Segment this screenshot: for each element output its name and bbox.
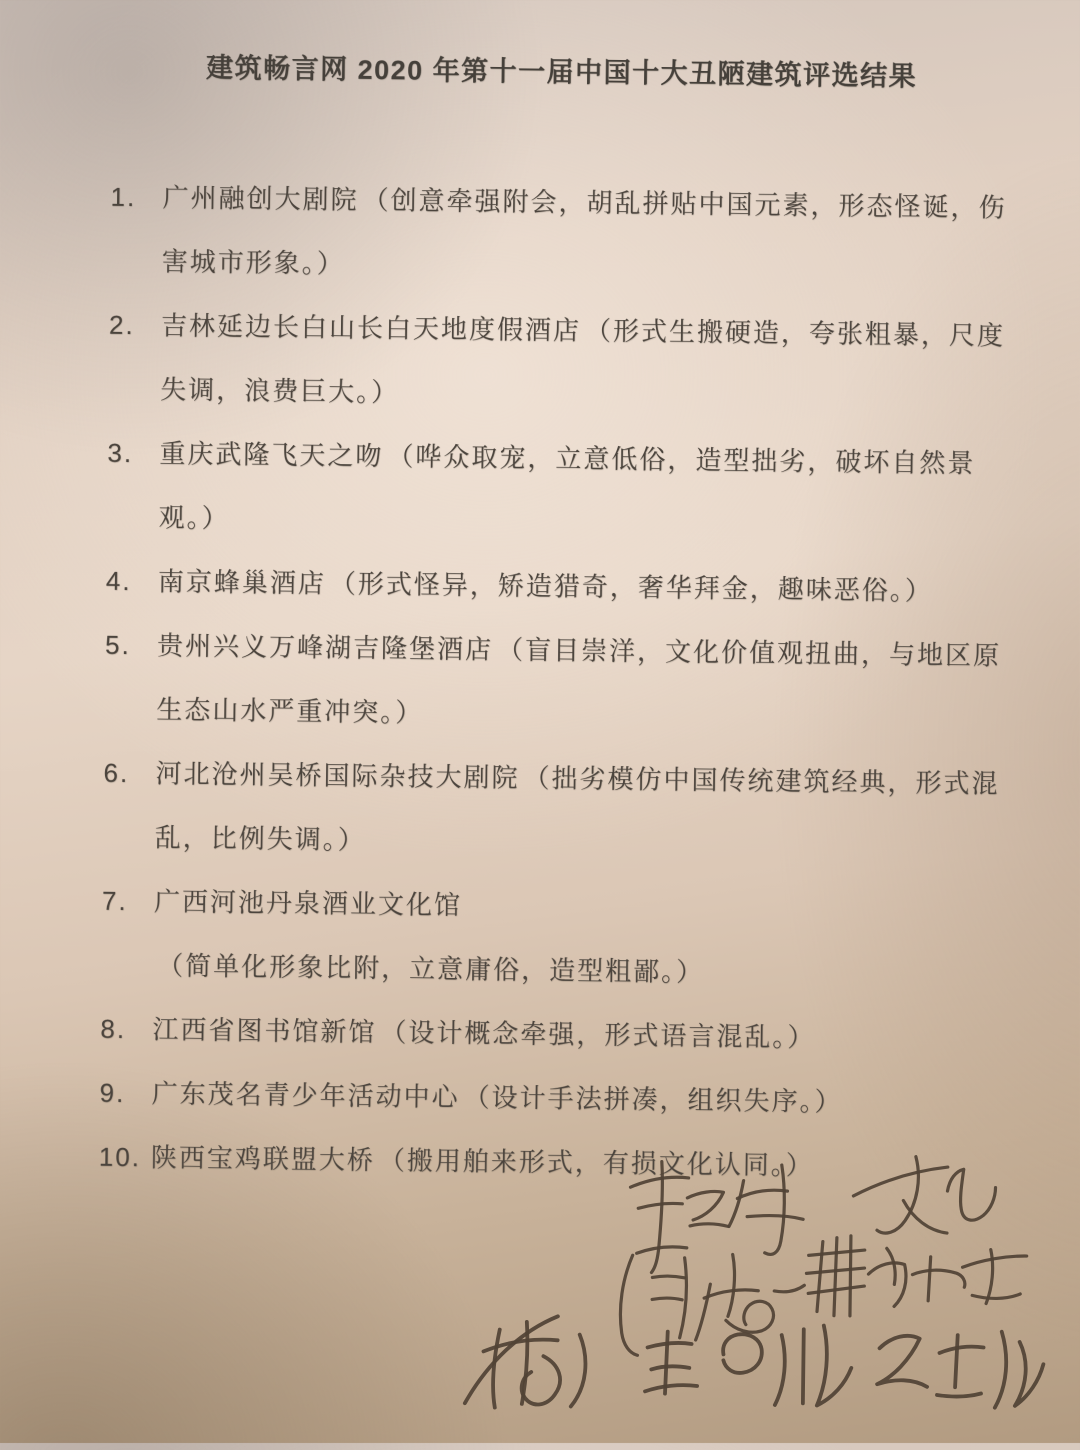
item-number: 9.: [99, 1061, 152, 1126]
item-critique: （设计手法拼凑，组织失序。）: [463, 1082, 842, 1117]
item-number: 1.: [110, 165, 163, 230]
building-name: 广州融创大剧院: [162, 182, 358, 214]
item-number: 5.: [105, 613, 158, 678]
building-name: 河北沧州吴桥国际杂技大剧院: [155, 758, 519, 792]
building-name: 江西省图书馆新馆: [152, 1014, 376, 1047]
item-number: 10.: [98, 1125, 151, 1190]
list-item: 8. 江西省图书馆新馆（设计概念牵强，形式语言混乱。）: [100, 997, 1008, 1072]
item-number: 3.: [107, 421, 160, 486]
signature-6: [645, 1323, 852, 1406]
building-name: 重庆武隆飞天之吻: [159, 438, 383, 471]
building-name: 广西河池丹泉酒业文化馆: [154, 886, 462, 920]
list-item: 6. 河北沧州吴桥国际杂技大剧院（拙劣模仿中国传统建筑经典，形式混乱，比例失调。…: [102, 741, 1010, 880]
list-item: 5. 贵州兴义万峰湖吉隆堡酒店（盲目崇洋，文化价值观扭曲，与地区原生态山水严重冲…: [104, 613, 1012, 752]
list-item: 4. 南京蜂巢酒店（形式怪异，矫造猎奇，奢华拜金，趣味恶俗。）: [105, 549, 1013, 624]
list-item: 2. 吉林延边长白山长白天地度假酒店（形式生搬硬造，夸张粗暴，尺度失调，浪费巨大…: [108, 293, 1016, 432]
list-item: 10. 陕西宝鸡联盟大桥（搬用舶来形式，有损文化认同。）: [98, 1125, 1006, 1200]
building-name: 南京蜂巢酒店: [158, 566, 326, 598]
item-number: 8.: [100, 997, 153, 1062]
building-name: 吉林延边长白山长白天地度假酒店: [161, 310, 581, 345]
list-item: 7. 广西河池丹泉酒业文化馆（简单化形象比附，立意庸俗，造型粗鄙。）: [101, 869, 1009, 1008]
item-number: 2.: [109, 293, 162, 358]
printed-text-block: 建筑畅言网 2020 年第十一届中国十大丑陋建筑评选结果 1. 广州融创大剧院（…: [90, 0, 1020, 1200]
item-number: 4.: [105, 549, 158, 614]
building-name: 贵州兴义万峰湖吉隆堡酒店: [157, 630, 493, 664]
signature-3: [620, 1246, 805, 1357]
item-number: 7.: [102, 869, 155, 934]
item-number: 6.: [103, 741, 156, 806]
item-critique: （形式怪异，矫造猎奇，奢华拜金，趣味恶俗。）: [330, 568, 933, 605]
list-item: 9. 广东茂名青少年活动中心（设计手法拼凑，组织失序。）: [99, 1061, 1007, 1136]
signature-7: [877, 1330, 1044, 1408]
signature-4: [806, 1235, 1027, 1318]
item-critique: （简单化形象比附，立意庸俗，造型粗鄙。）: [157, 950, 704, 987]
document-photo: 建筑畅言网 2020 年第十一届中国十大丑陋建筑评选结果 1. 广州融创大剧院（…: [0, 0, 1080, 1443]
signature-5: [465, 1315, 586, 1408]
item-critique: （设计概念牵强，形式语言混乱。）: [380, 1017, 815, 1052]
building-name: 广东茂名青少年活动中心: [151, 1078, 459, 1112]
item-critique: （搬用舶来形式，有损文化认同。）: [379, 1145, 814, 1180]
ugly-buildings-list: 1. 广州融创大剧院（创意牵强附会，胡乱拼贴中国元素，形态怪诞，伤害城市形象。）…: [90, 165, 1017, 1200]
list-item: 1. 广州融创大剧院（创意牵强附会，胡乱拼贴中国元素，形态怪诞，伤害城市形象。）: [109, 165, 1017, 304]
building-name: 陕西宝鸡联盟大桥: [151, 1142, 375, 1175]
list-item: 3. 重庆武隆飞天之吻（哗众取宠，立意低俗，造型拙劣，破坏自然景观。）: [106, 421, 1014, 560]
page-title: 建筑畅言网 2020 年第十一届中国十大丑陋建筑评选结果: [104, 47, 1019, 98]
